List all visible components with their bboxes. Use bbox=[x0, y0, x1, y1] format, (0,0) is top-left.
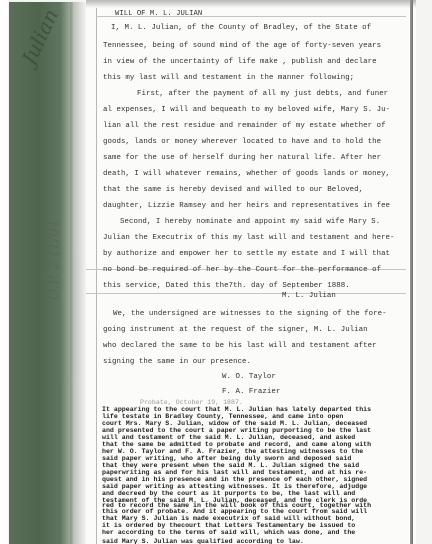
rule-line bbox=[86, 293, 406, 294]
witness-signature: F. A. Frazier bbox=[222, 388, 280, 396]
will-line: death, I will whatever remains, whether … bbox=[103, 170, 390, 178]
will-line: First, after the payment of all my just … bbox=[137, 90, 388, 98]
margin-handwriting-side: O.P. 2 (1/01 bbox=[46, 219, 62, 300]
will-line: daughter, Lizzie Ramsey and her heirs an… bbox=[103, 202, 390, 210]
will-line: I, M. L. Julian, of the County of Bradle… bbox=[111, 24, 371, 32]
will-line: that the same is hereby devised and will… bbox=[103, 186, 363, 194]
will-line: no bond be required of her by the Court … bbox=[103, 266, 381, 274]
witness-signature: W. O. Taylor bbox=[222, 373, 276, 381]
will-line: Julian the Executrix of this my last wil… bbox=[103, 234, 395, 242]
will-line: Tennessee, being of sound mind of the ag… bbox=[103, 42, 381, 50]
witness-line: We, the undersigned are witnesses to the… bbox=[113, 310, 387, 318]
will-line: same for the use of herself during her n… bbox=[103, 154, 381, 162]
will-line: in view of the uncertainty of life make … bbox=[103, 58, 377, 66]
will-line: by authorize and empower her to settle m… bbox=[103, 250, 390, 258]
margin-rule bbox=[96, 8, 97, 544]
witness-line: going instrument at the request of the s… bbox=[103, 326, 368, 334]
will-line: this service, Dated this the7th. day of … bbox=[103, 282, 350, 290]
probate-line: said Mary S. Julian was qualified accord… bbox=[102, 539, 304, 544]
document-title: WILL OF M. L. JULIAN bbox=[115, 10, 202, 18]
witness-line: signing the same in our presence. bbox=[103, 358, 251, 366]
page-top-shadow bbox=[86, 0, 416, 8]
will-line: goods, lands or money wherever located t… bbox=[103, 138, 381, 146]
scan-border bbox=[0, 0, 8, 544]
witness-line: who declared the same to be his last wil… bbox=[103, 342, 377, 350]
will-line: Second, I hereby nominate and appoint my… bbox=[120, 218, 380, 226]
dark-margin-strip bbox=[9, 2, 73, 544]
will-line: lian all the rest residue and remainder … bbox=[103, 122, 386, 130]
page-right-edge bbox=[410, 0, 413, 544]
testator-signature: M. L. Julian bbox=[282, 292, 336, 300]
probate-line: her according to the terms of said will,… bbox=[102, 530, 355, 537]
will-line: al expenses, I will and bequeath to my b… bbox=[103, 106, 390, 114]
margin-fade bbox=[70, 2, 86, 544]
will-line: this my last will and testament in the m… bbox=[103, 74, 354, 82]
